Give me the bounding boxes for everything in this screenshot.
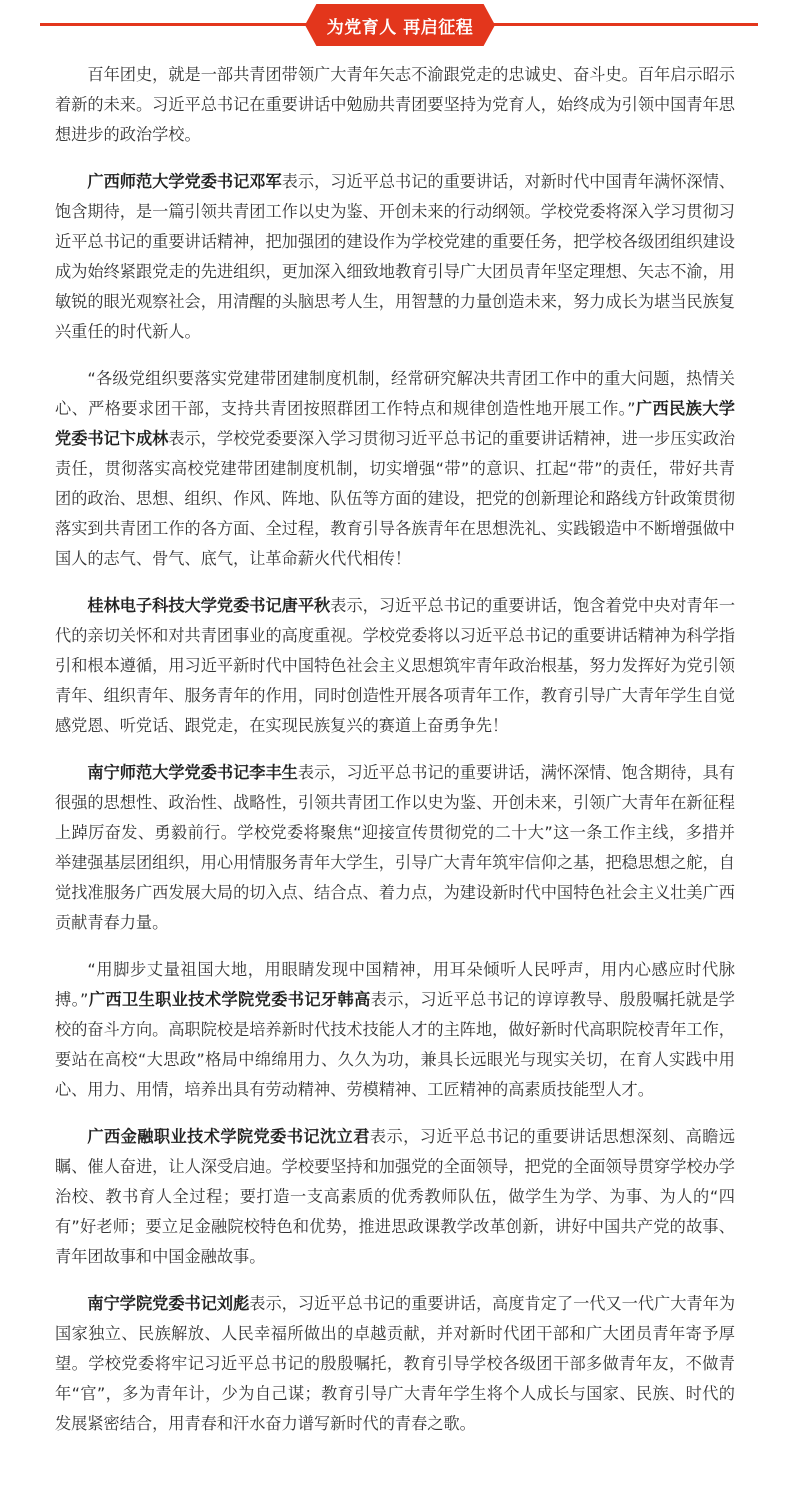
paragraph-statement: 广西金融职业技术学院党委书记沈立君表示，习近平总书记的重要讲话思想深刻、高瞻远瞩… xyxy=(55,1122,735,1272)
paragraph-intro: 百年团史，就是一部共青团带领广大青年矢志不渝跟党走的忠诚史、奋斗史。百年启示昭示… xyxy=(55,60,735,150)
paragraph-statement: 广西师范大学党委书记邓军表示，习近平总书记的重要讲话，对新时代中国青年满怀深情、… xyxy=(55,167,735,347)
paragraph-body: 表示，习近平总书记的重要讲话，满怀深情、饱含期待，具有很强的思想性、政治性、战略… xyxy=(55,763,735,932)
header-divider-left xyxy=(40,23,310,26)
paragraph-statement: 桂林电子科技大学党委书记唐平秋表示，习近平总书记的重要讲话，饱含着党中央对青年一… xyxy=(55,591,735,741)
paragraph-body: 表示，习近平总书记的重要讲话，对新时代中国青年满怀深情、饱含期待，是一篇引领共青… xyxy=(55,172,735,341)
paragraph-body: 百年团史，就是一部共青团带领广大青年矢志不渝跟党走的忠诚史、奋斗史。百年启示昭示… xyxy=(55,65,735,144)
speaker-name: 广西金融职业技术学院党委书记沈立君 xyxy=(87,1127,369,1146)
paragraph-lead: “各级党组织要落实党建带团建制度机制，经常研究解决共青团工作中的重大问题，热情关… xyxy=(55,369,735,418)
paragraph-statement: “用脚步丈量祖国大地，用眼睛发现中国精神，用耳朵倾听人民呼声，用内心感应时代脉搏… xyxy=(55,955,735,1105)
paragraph-statement: 南宁师范大学党委书记李丰生表示，习近平总书记的重要讲话，满怀深情、饱含期待，具有… xyxy=(55,758,735,938)
paragraph-body: 表示，习近平总书记的重要讲话，饱含着党中央对青年一代的亲切关怀和对共青团事业的高… xyxy=(55,596,735,735)
speaker-name: 广西师范大学党委书记邓军 xyxy=(87,172,281,191)
paragraph-statement: “各级党组织要落实党建带团建制度机制，经常研究解决共青团工作中的重大问题，热情关… xyxy=(55,364,735,574)
speaker-name: 广西卫生职业技术学院党委书记牙韩高 xyxy=(88,990,370,1009)
speaker-name: 南宁师范大学党委书记李丰生 xyxy=(87,763,297,782)
section-title: 为党育人 再启征程 xyxy=(327,13,473,38)
paragraph-statement: 南宁学院党委书记刘彪表示，习近平总书记的重要讲话，高度肯定了一代又一代广大青年为… xyxy=(55,1289,735,1439)
speaker-name: 南宁学院党委书记刘彪 xyxy=(87,1294,249,1313)
paragraph-body: 表示，习近平总书记的重要讲话思想深刻、高瞻远瞩、催人奋进，让人深受启迪。学校要坚… xyxy=(55,1127,735,1266)
header-divider-right xyxy=(490,23,758,26)
section-header: 为党育人 再启征程 xyxy=(0,0,798,50)
article-body: 百年团史，就是一部共青团带领广大青年矢志不渝跟党走的忠诚史、奋斗史。百年启示昭示… xyxy=(55,60,735,1456)
paragraph-body: 表示，习近平总书记的重要讲话，高度肯定了一代又一代广大青年为国家独立、民族解放、… xyxy=(55,1294,735,1433)
paragraph-body: 表示，学校党委要深入学习贯彻习近平总书记的重要讲话精神，进一步压实政治责任，贯彻… xyxy=(55,429,735,568)
section-title-badge: 为党育人 再启征程 xyxy=(305,4,495,46)
speaker-name: 桂林电子科技大学党委书记唐平秋 xyxy=(87,596,330,615)
